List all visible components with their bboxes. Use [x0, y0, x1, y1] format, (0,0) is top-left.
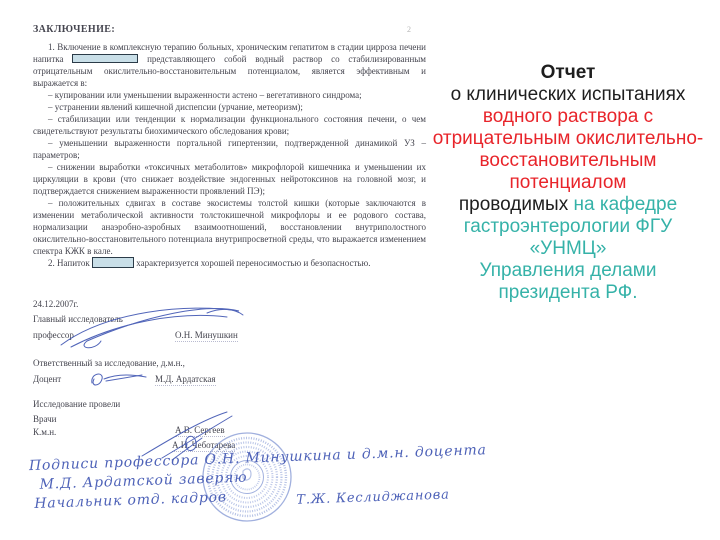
sig2-title: Доцент [33, 374, 61, 384]
bullet-item-5: – снижении выработки «токсичных метаболи… [33, 161, 426, 197]
performed-degree: К.м.н. [33, 427, 56, 437]
paragraph-2-text: 2. Напиток [48, 258, 90, 268]
overlay-red-line-1: водного раствора с [418, 106, 718, 128]
bullet-item-3: – стабилизации или тенденции к нормализа… [33, 113, 426, 137]
overlay-subtitle: о клинических испытаниях [418, 84, 718, 106]
redaction-box-1 [72, 54, 138, 63]
overlay-red-line-2: отрицательным окислительно- [418, 128, 718, 150]
performed-label: Исследование провели [33, 399, 120, 409]
bullet-item-1: – купировании или уменьшении выраженност… [33, 89, 426, 101]
overlay-teal-line-2: «УНМЦ» [418, 238, 718, 260]
scanned-report-page: ЗАКЛЮЧЕНИЕ: 2 1. Включение в комплексную… [22, 15, 435, 535]
page-number: 2 [407, 25, 411, 34]
handwritten-signature-name: Т.Ж. Кеслиджанова [296, 487, 450, 507]
overlay-teal-line-4: президента РФ. [418, 282, 718, 304]
redaction-box-2 [92, 257, 134, 268]
bullet-item-6: – положительных сдвигах в составе экосис… [33, 197, 426, 257]
paragraph-2-continued: характеризуется хорошей переносимостью и… [136, 258, 370, 268]
document-body: 1. Включение в комплексную терапию больн… [33, 41, 426, 269]
overlay-mixed-line: проводимых на кафедре [418, 194, 718, 216]
paragraph-1: 1. Включение в комплексную терапию больн… [33, 41, 426, 89]
overlay-title: Отчет [418, 62, 718, 84]
overlay-teal-line-3: Управления делами [418, 260, 718, 282]
paragraph-2: 2. Напиток характеризуется хорошей перен… [33, 257, 426, 269]
document-heading: ЗАКЛЮЧЕНИЕ: [33, 24, 115, 35]
overlay-mixed-teal: на кафедре [574, 194, 678, 215]
slide-canvas: ЗАКЛЮЧЕНИЕ: 2 1. Включение в комплексную… [0, 0, 720, 540]
bullet-item-2: – устранении явлений кишечной диспепсии … [33, 101, 426, 113]
overlay-mixed-black: проводимых [459, 194, 568, 215]
overlay-red-line-3: восстановительным [418, 150, 718, 172]
overlay-red-line-4: потенциалом [418, 172, 718, 194]
handwritten-note: Подписи профессора О.Н. Минушкина и д.м.… [23, 444, 444, 539]
handwritten-line-3: Начальник отд. кадров [34, 489, 227, 512]
overlay-teal-line-1: гастроэнтерологии ФГУ [418, 216, 718, 238]
title-overlay: Отчет о клинических испытаниях водного р… [418, 62, 718, 304]
performed-role: Врачи [33, 414, 56, 424]
signature-scribble-2 [84, 367, 184, 392]
signature-scribble-1 [57, 301, 267, 351]
bullet-item-4: – уменьшении выраженности портальной гип… [33, 137, 426, 161]
